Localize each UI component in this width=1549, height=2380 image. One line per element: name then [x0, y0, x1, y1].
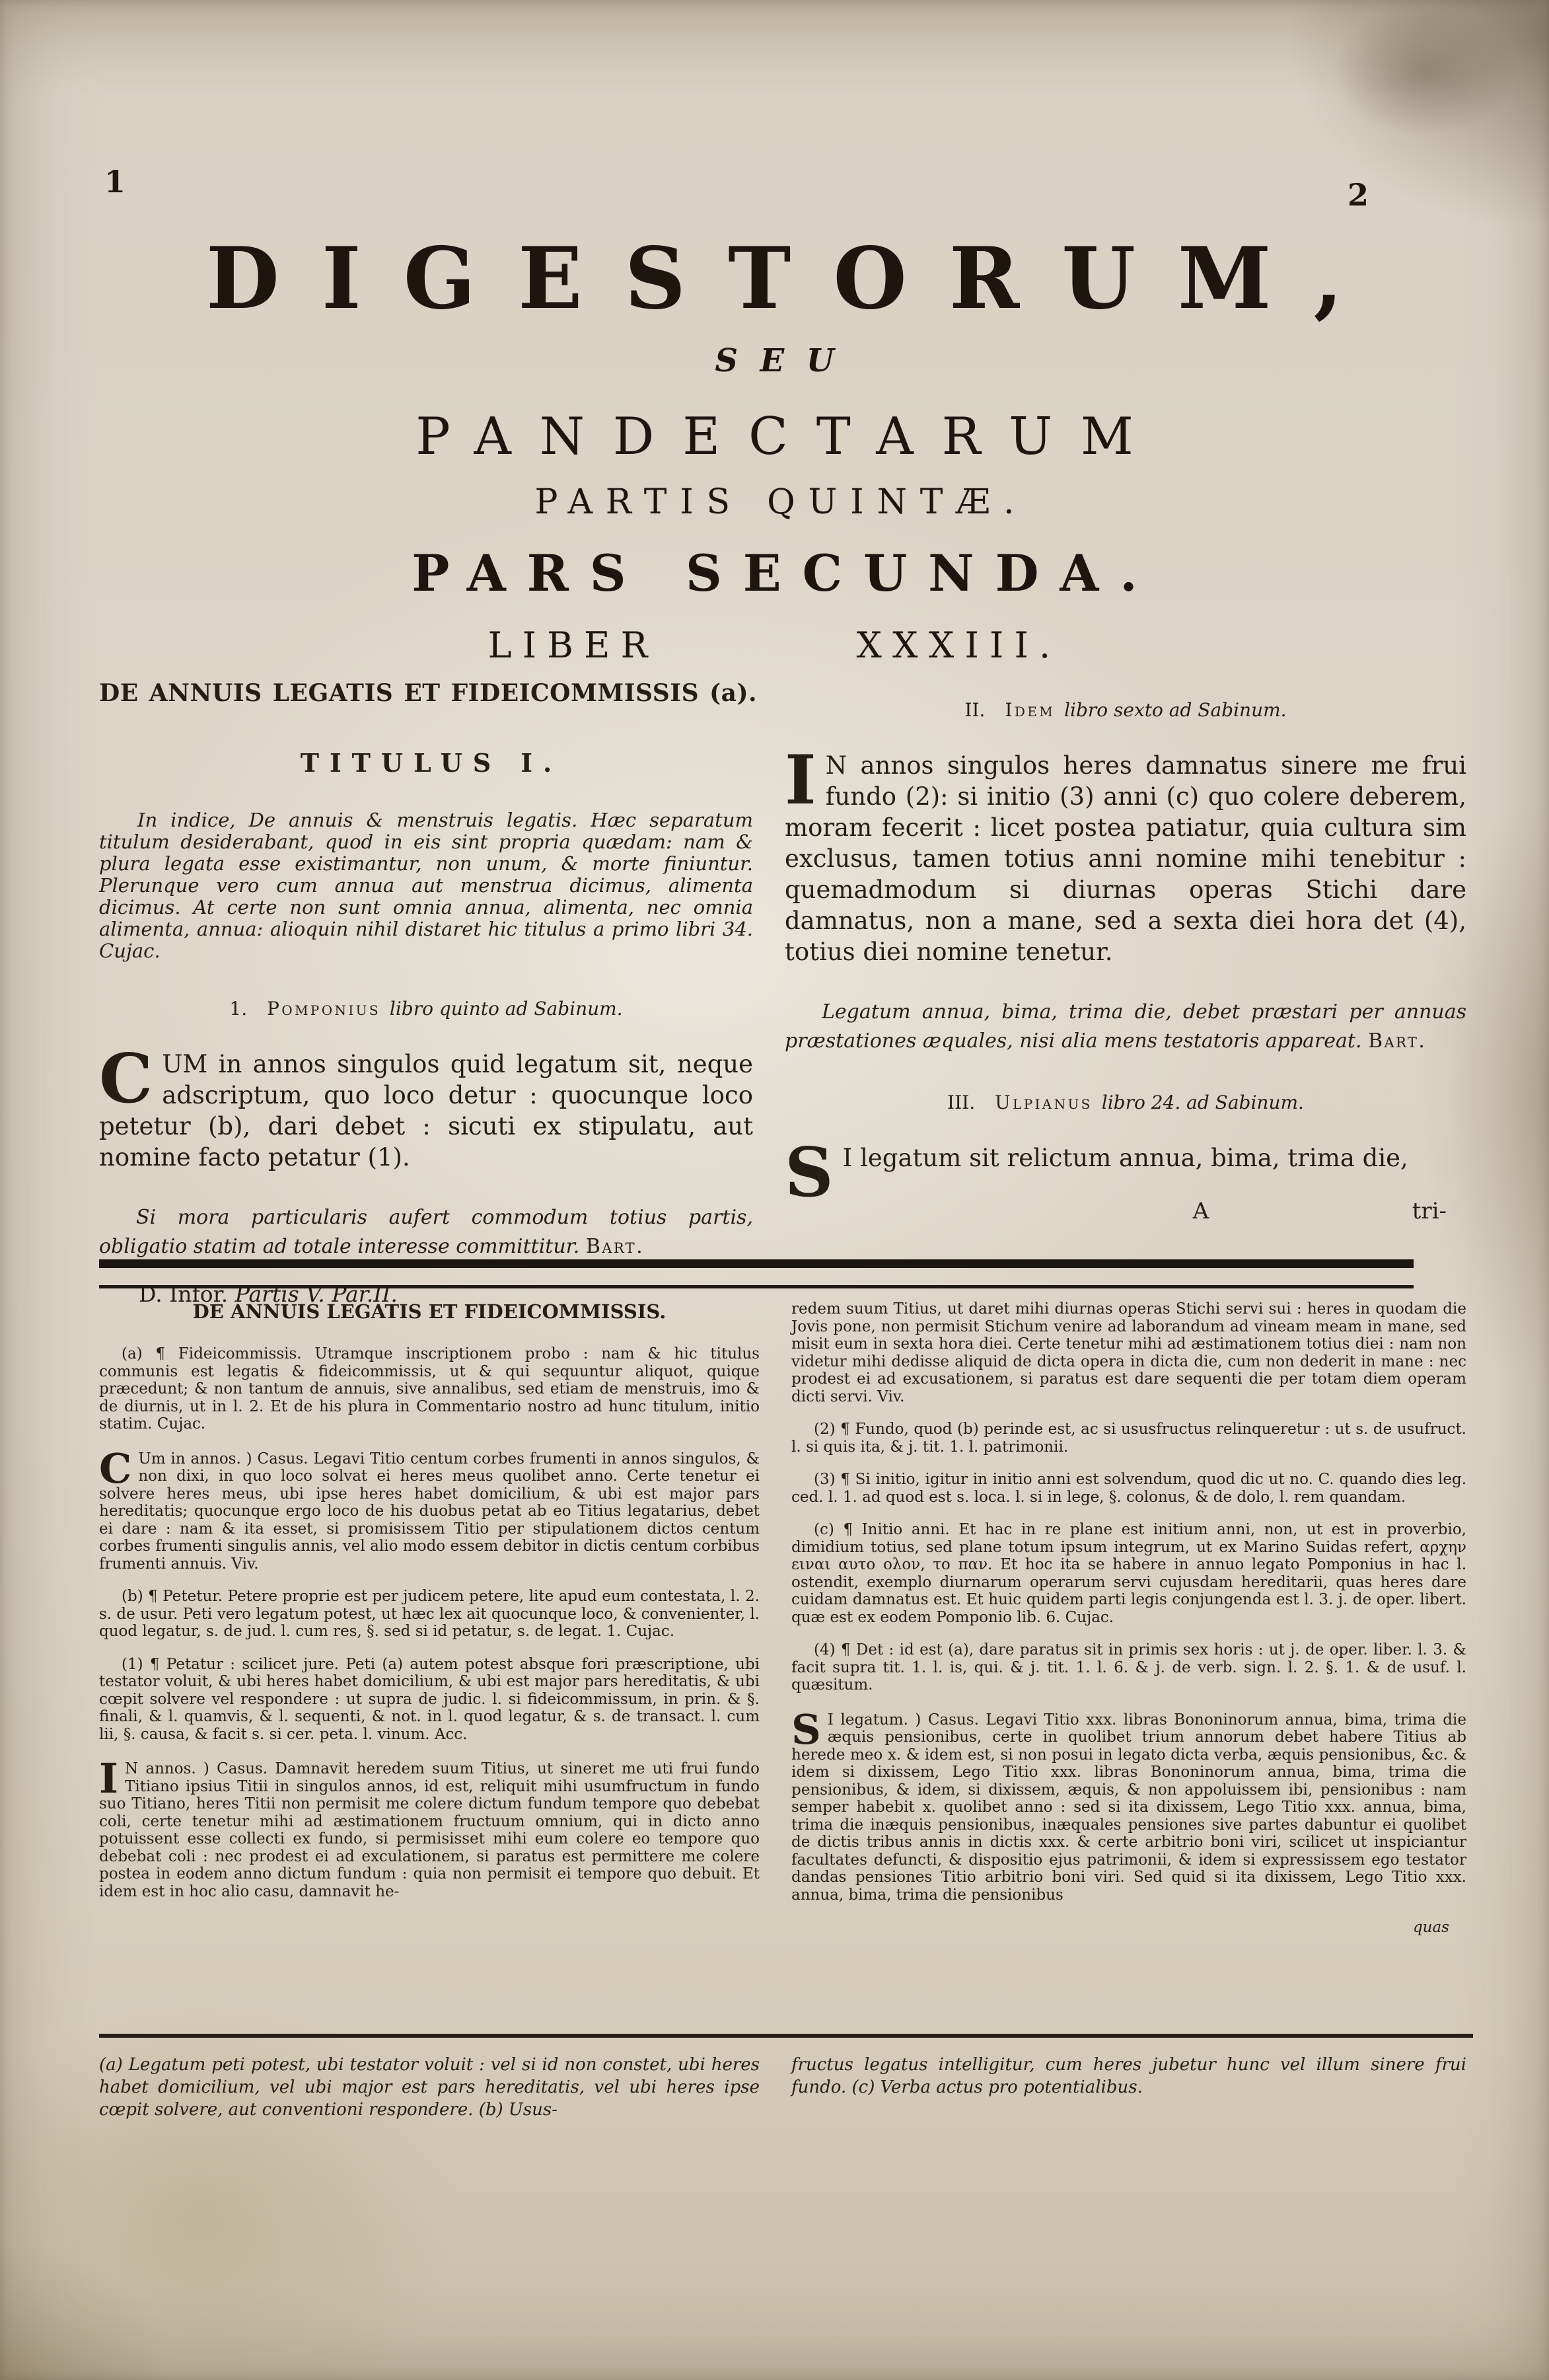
law2-author: Idem	[1005, 699, 1055, 721]
law1-number: 1.	[229, 998, 247, 1020]
commentary-note-1: (1) ¶ Petatur : scilicet jure. Peti (a) …	[99, 1656, 760, 1744]
title-pars-secunda: PARS SECUNDA.	[0, 548, 1549, 599]
catchword-commentary: quas	[791, 1919, 1466, 1937]
law1-author: Pomponius	[267, 998, 380, 1020]
title-block: DIGESTORUM, SEU PANDECTARUM PARTIS QUINT…	[0, 237, 1549, 663]
commentary-right-column: redem suum Titius, ut daret mihi diurnas…	[791, 1300, 1466, 1937]
law2-gloss-author: Bart.	[1368, 1029, 1426, 1053]
commentary-note-3: (3) ¶ Si initio, igitur in initio anni e…	[791, 1471, 1466, 1506]
main-left-column: DE ANNUIS LEGATIS ET FIDEICOMMISSIS (a).…	[99, 679, 753, 1329]
law2-dropcap: I	[785, 754, 816, 807]
commentary-note-2: (2) ¶ Fundo, quod (b) perinde est, ac si…	[791, 1421, 1466, 1456]
commentary-left-column: DE ANNUIS LEGATIS ET FIDEICOMMISSIS. (a)…	[99, 1300, 760, 1937]
commentary-header: DE ANNUIS LEGATIS ET FIDEICOMMISSIS.	[99, 1300, 760, 1323]
law1-gloss: Si mora particularis aufert commodum tot…	[99, 1203, 753, 1261]
law3-dropcap: S	[785, 1146, 834, 1199]
law1-dropcap: C	[99, 1053, 153, 1105]
law2-heading: II.Idemlibro sexto ad Sabinum.	[785, 699, 1466, 721]
catchword-main: tri-	[1412, 1198, 1466, 1224]
law2-text: N annos singulos heres damnatus sinere m…	[785, 751, 1466, 966]
law3-author: Ulpianus	[995, 1092, 1093, 1113]
main-text-columns: DE ANNUIS LEGATIS ET FIDEICOMMISSIS (a).…	[99, 679, 1466, 1329]
footnotes: (a) Legatum peti potest, ubi testator vo…	[99, 2054, 1466, 2121]
footnote-left: (a) Legatum peti potest, ubi testator vo…	[99, 2054, 760, 2121]
main-right-column: II.Idemlibro sexto ad Sabinum. IN annos …	[785, 679, 1466, 1329]
commentary-casus3: SI legatum. ) Casus. Legavi Titio xxx. l…	[791, 1711, 1466, 1904]
commentary-columns: DE ANNUIS LEGATIS ET FIDEICOMMISSIS. (a)…	[99, 1300, 1466, 1937]
title-main: DIGESTORUM,	[0, 237, 1549, 321]
titulus-heading: TITULUS I.	[99, 748, 753, 778]
law2-source: libro sexto ad Sabinum.	[1064, 699, 1287, 721]
title-liber: LIBERXXXIII.	[0, 628, 1549, 663]
title-liber-word: LIBER	[488, 624, 659, 666]
casus2-text: N annos. ) Casus. Damnavit heredem suum …	[99, 1760, 760, 1900]
commentary-casus1: CUm in annos. ) Casus. Legavi Titio cent…	[99, 1450, 760, 1573]
signature-row: A tri-	[843, 1198, 1466, 1224]
law2-paragraph: IN annos singulos heres damnatus sinere …	[785, 750, 1466, 967]
law1-gloss-text: Si mora particularis aufert commodum tot…	[99, 1206, 753, 1258]
commentary-note-4: (4) ¶ Det : id est (a), dare paratus sit…	[791, 1641, 1466, 1694]
commentary-note-a: (a) ¶ Fideicommissis. Utramque inscripti…	[99, 1345, 760, 1433]
commentary-casus2: IN annos. ) Casus. Damnavit heredem suum…	[99, 1760, 760, 1900]
law3-text: I legatum sit relictum annua, bima, trim…	[843, 1144, 1408, 1172]
law3-source: libro 24. ad Sabinum.	[1102, 1092, 1304, 1113]
section-divider-rule	[99, 1259, 1414, 1288]
index-note: In indice, De annuis & menstruis legatis…	[99, 809, 753, 962]
law3-heading: III.Ulpianuslibro 24. ad Sabinum.	[785, 1092, 1466, 1113]
commentary-note-b: (b) ¶ Petetur. Petere proprie est per ju…	[99, 1588, 760, 1641]
footnote-rule	[99, 2034, 1473, 2038]
title-pandectarum: PANDECTARUM	[0, 411, 1549, 463]
law3-number: III.	[947, 1092, 975, 1113]
law2-number: II.	[964, 699, 985, 721]
law1-source: libro quinto ad Sabinum.	[390, 998, 623, 1020]
law3-paragraph: SI legatum sit relictum annua, bima, tri…	[785, 1142, 1466, 1173]
casus2-dropcap: I	[99, 1762, 118, 1795]
law1-paragraph: CUM in annos singulos quid legatum sit, …	[99, 1049, 753, 1173]
book-page: 1 2 DIGESTORUM, SEU PANDECTARUM PARTIS Q…	[0, 0, 1549, 2380]
casus1-dropcap: C	[99, 1452, 131, 1485]
law1-gloss-author: Bart.	[586, 1235, 644, 1258]
law1-text: UM in annos singulos quid legatum sit, n…	[99, 1050, 753, 1171]
page-number-left: 1	[104, 164, 126, 200]
casus3-dropcap: S	[791, 1713, 821, 1746]
commentary-note-c: (c) ¶ Initio anni. Et hac in re plane es…	[791, 1521, 1466, 1626]
law1-heading: 1.Pomponiuslibro quinto ad Sabinum.	[99, 998, 753, 1020]
title-liber-number: XXXIII.	[857, 624, 1062, 666]
page-number-right: 2	[1348, 177, 1369, 213]
title-partis-quintae: PARTIS QUINTÆ.	[0, 485, 1549, 519]
law2-gloss: Legatum annua, bima, trima die, debet pr…	[785, 998, 1466, 1056]
title-seu: SEU	[0, 345, 1549, 377]
section-title: DE ANNUIS LEGATIS ET FIDEICOMMISSIS (a).	[99, 679, 753, 707]
casus3-text: I legatum. ) Casus. Legavi Titio xxx. li…	[791, 1711, 1466, 1904]
footnote-right: fructus legatus intelligitur, cum heres …	[791, 2054, 1466, 2121]
law2-gloss-text: Legatum annua, bima, trima die, debet pr…	[785, 1000, 1466, 1053]
commentary-continuation: redem suum Titius, ut daret mihi diurnas…	[791, 1300, 1466, 1405]
casus1-text: Um in annos. ) Casus. Legavi Titio centu…	[99, 1450, 760, 1573]
signature-mark: A	[1193, 1198, 1209, 1224]
